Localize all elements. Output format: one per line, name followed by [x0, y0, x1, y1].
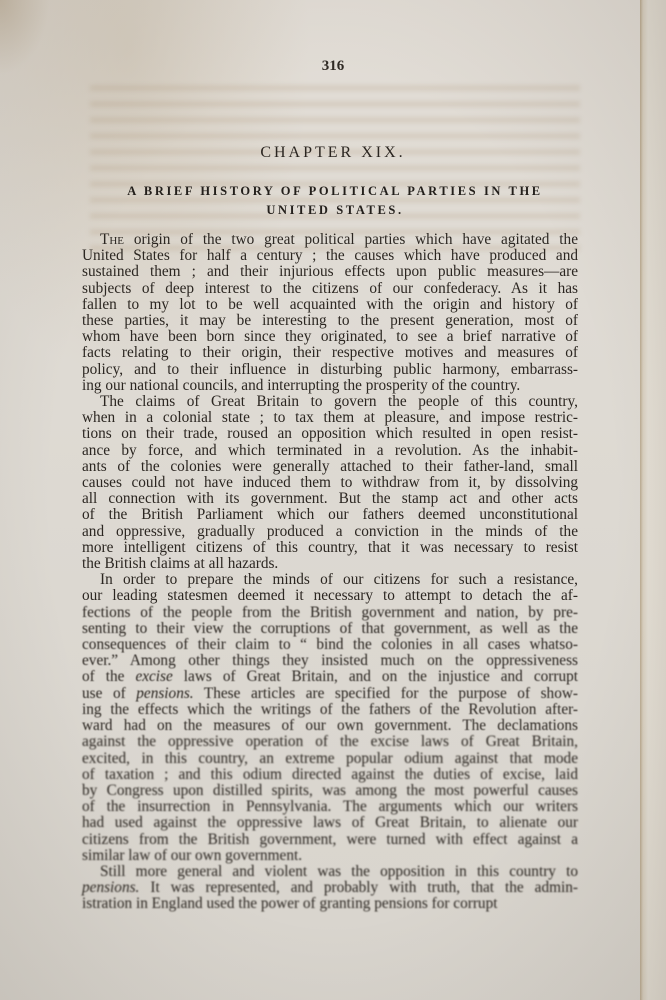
text-line: In order to prepare the minds of our cit…: [82, 572, 578, 588]
paragraph: The origin of the two great political pa…: [82, 232, 578, 394]
text-line: facts relating to their origin, their re…: [82, 345, 578, 361]
text-line: had used against the oppressive laws of …: [82, 815, 578, 831]
text-line: ing the effects which the writings of th…: [82, 702, 578, 718]
chapter-subtitle: A BRIEF HISTORY OF POLITICAL PARTIES IN …: [85, 182, 585, 220]
text-line: excited, in this country, an extreme pop…: [82, 751, 578, 767]
text-line: ing our national councils, and interrupt…: [82, 378, 578, 394]
text-line: use of pensions. These articles are spec…: [82, 686, 578, 702]
text-line: policy, and to their influence in distur…: [82, 362, 578, 378]
text-line: ever.” Among other things they insisted …: [82, 653, 578, 669]
show-through-text: [90, 85, 580, 255]
italic-term: pensions.: [82, 879, 139, 896]
text-line: The claims of Great Britain to govern th…: [82, 394, 578, 410]
text-line: United States for half a century ; the c…: [82, 248, 578, 264]
text-line: pensions. It was represented, and probab…: [82, 880, 578, 896]
page-number: 316: [0, 58, 666, 75]
text-line: these parties, it may be interesting to …: [82, 313, 578, 329]
text-line: fallen to my lot to be well acquainted w…: [82, 297, 578, 313]
subtitle-line: A BRIEF HISTORY OF POLITICAL PARTIES IN …: [85, 182, 585, 201]
italic-term: excise: [135, 668, 172, 685]
text-line: against the oppressive operation of the …: [82, 734, 578, 750]
next-page-edge: [640, 0, 666, 1000]
italic-term: pensions.: [136, 685, 193, 702]
text-line: senting to their view the corruptions of…: [82, 621, 578, 637]
text-line: more intelligent citizens of this countr…: [82, 540, 578, 556]
small-caps-lead: The: [100, 231, 124, 248]
subtitle-line: UNITED STATES.: [85, 201, 585, 220]
text-line: of the excise laws of Great Britain, and…: [82, 669, 578, 685]
text-line: the British claims at all hazards.: [82, 556, 578, 572]
text-line: of the British Parliament which our fath…: [82, 507, 578, 523]
text-line: our leading statesmen deemed it necessar…: [82, 588, 578, 604]
text-line: of the insurrection in Pennsylvania. The…: [82, 799, 578, 815]
text-line: sustained them ; and their injurious eff…: [82, 264, 578, 280]
text-line: of taxation ; and this odium directed ag…: [82, 767, 578, 783]
text-line: subjects of deep interest to the citizen…: [82, 281, 578, 297]
paragraph: In order to prepare the minds of our cit…: [82, 572, 578, 864]
text-line: all connection with its government. But …: [82, 491, 578, 507]
text-line: The origin of the two great political pa…: [82, 232, 578, 248]
text-line: causes could not have induced them to wi…: [82, 475, 578, 491]
text-line: similar law of our own government.: [82, 848, 578, 864]
text-line: ance by force, and which terminated in a…: [82, 443, 578, 459]
text-line: whom have been born since they originate…: [82, 329, 578, 345]
text-line: consequences of their claim to “ bind th…: [82, 637, 578, 653]
chapter-title: CHAPTER XIX.: [0, 144, 666, 162]
body-text: The origin of the two great political pa…: [82, 232, 578, 913]
text-line: ward had on the measures of our own gove…: [82, 718, 578, 734]
book-page: 316 CHAPTER XIX. A BRIEF HISTORY OF POLI…: [0, 0, 640, 1000]
text-line: by Congress upon distilled spirits, was …: [82, 783, 578, 799]
text-line: istration in England used the power of g…: [82, 896, 578, 912]
text-line: fections of the people from the British …: [82, 605, 578, 621]
text-line: ants of the colonies were generally atta…: [82, 459, 578, 475]
paragraph: Still more general and violent was the o…: [82, 864, 578, 913]
text-line: Still more general and violent was the o…: [82, 864, 578, 880]
paragraph: The claims of Great Britain to govern th…: [82, 394, 578, 572]
text-line: when in a colonial state ; to tax them a…: [82, 410, 578, 426]
text-line: and oppressive, gradually produced a con…: [82, 524, 578, 540]
text-line: citizens from the British government, we…: [82, 832, 578, 848]
text-line: tions on their trade, roused an oppositi…: [82, 426, 578, 442]
